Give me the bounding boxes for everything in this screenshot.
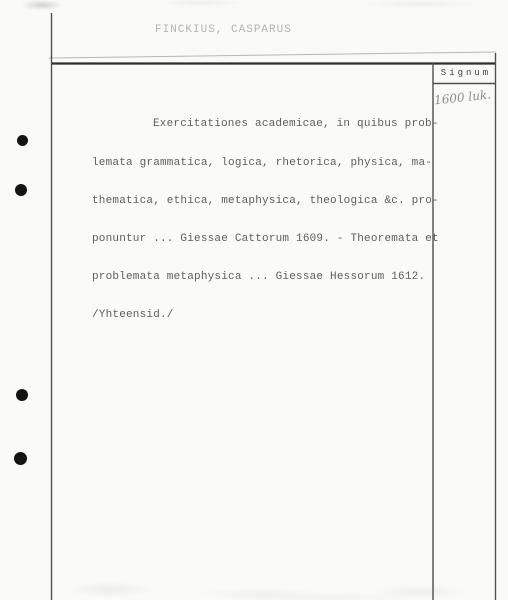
punch-hole-dot	[16, 389, 28, 401]
scan-noise-bottom	[0, 560, 508, 600]
catalog-card-scan: { "card": { "header": "FINCKIUS, CASPARU…	[0, 0, 508, 600]
punch-hole-dot	[17, 135, 28, 146]
catalog-entry-line: ponuntur ... Giessae Cattorum 1609. - Th…	[92, 233, 437, 246]
card-heading-author: FINCKIUS, CASPARUS	[155, 24, 292, 36]
catalog-entry-line: /Yhteensid./	[92, 309, 437, 322]
catalog-entry-line: problemata metaphysica ... Giessae Hesso…	[92, 271, 437, 284]
scan-noise-top	[0, 0, 508, 16]
catalog-entry-line: lemata grammatica, logica, rhetorica, ph…	[92, 157, 437, 170]
catalog-entry-line: Exercitationes academicae, in quibus pro…	[92, 118, 437, 131]
card-behind-edge-line	[49, 52, 496, 58]
signum-handwritten-value: 1600 luk.	[433, 87, 500, 108]
catalog-entry-text: Exercitationes academicae, in quibus pro…	[92, 93, 437, 334]
signum-label: Signum	[433, 63, 496, 83]
punch-hole-dot	[14, 452, 27, 465]
catalog-entry-line: thematica, ethica, metaphysica, theologi…	[92, 195, 437, 208]
punch-hole-dot	[15, 184, 27, 196]
